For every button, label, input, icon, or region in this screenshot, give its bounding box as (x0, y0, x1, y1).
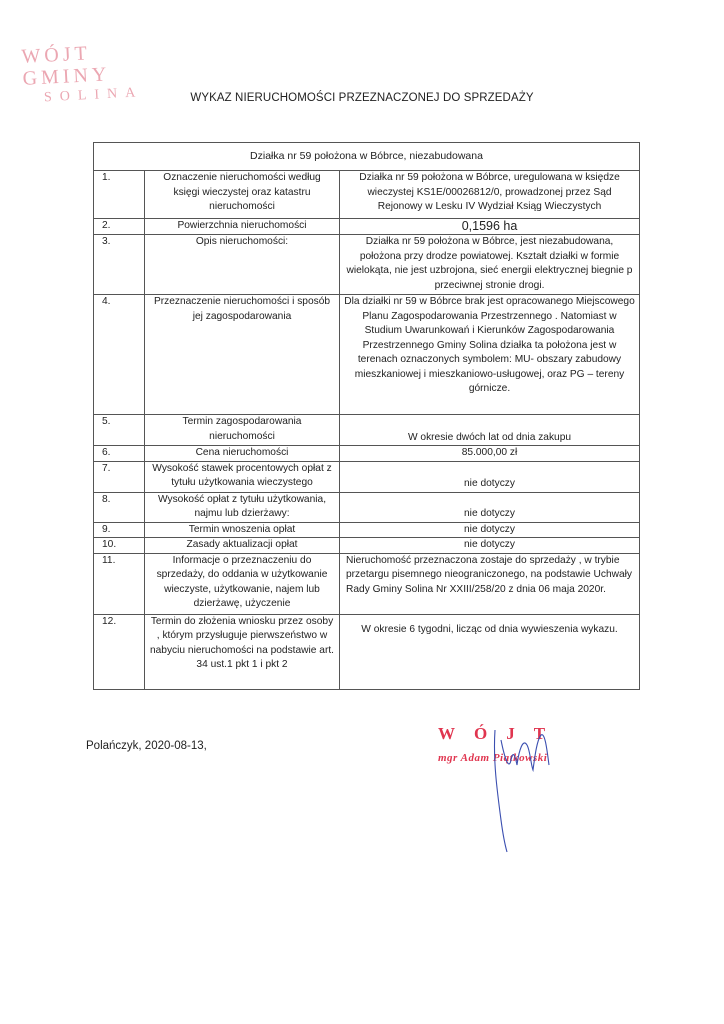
table-header: Działka nr 59 położona w Bóbrce, niezabu… (94, 143, 640, 171)
row-label: Cena nieruchomości (145, 446, 340, 462)
row-value: nie dotyczy (340, 522, 640, 538)
row-number: 5. (94, 415, 145, 446)
row-label: Oznaczenie nieruchomości według księgi w… (145, 171, 340, 219)
row-label: Termin wnoszenia opłat (145, 522, 340, 538)
row-number: 7. (94, 461, 145, 492)
row-number: 9. (94, 522, 145, 538)
row-label: Termin zagospodarowania nieruchomości (145, 415, 340, 446)
table-row: 3. Opis nieruchomości: Działka nr 59 poł… (94, 235, 640, 295)
row-value: W okresie 6 tygodni, licząc od dnia wywi… (340, 614, 640, 689)
row-number: 8. (94, 492, 145, 522)
row-label: Zasady aktualizacji opłat (145, 538, 340, 554)
row-value: 0,1596 ha (340, 219, 640, 235)
row-label: Powierzchnia nieruchomości (145, 219, 340, 235)
table-row: 1. Oznaczenie nieruchomości według księg… (94, 171, 640, 219)
row-number: 12. (94, 614, 145, 689)
table-row: 7. Wysokość stawek procentowych opłat z … (94, 461, 640, 492)
row-value: W okresie dwóch lat od dnia zakupu (340, 415, 640, 446)
row-number: 3. (94, 235, 145, 295)
row-number: 11. (94, 553, 145, 614)
row-label: Opis nieruchomości: (145, 235, 340, 295)
table-row: 9. Termin wnoszenia opłat nie dotyczy (94, 522, 640, 538)
table-row: 11. Informacje o przeznaczeniu do sprzed… (94, 553, 640, 614)
row-value: Nieruchomość przeznaczona zostaje do spr… (340, 553, 640, 614)
table-row: 6. Cena nieruchomości 85.000,00 zł (94, 446, 640, 462)
table-row: 2. Powierzchnia nieruchomości 0,1596 ha (94, 219, 640, 235)
row-label: Informacje o przeznaczeniu do sprzedaży,… (145, 553, 340, 614)
row-number: 4. (94, 295, 145, 415)
row-number: 2. (94, 219, 145, 235)
document-title: WYKAZ NIERUCHOMOŚCI PRZEZNACZONEJ DO SPR… (0, 92, 724, 104)
row-label: Przeznaczenie nieruchomości i sposób jej… (145, 295, 340, 415)
table-row: 5. Termin zagospodarowania nieruchomości… (94, 415, 640, 446)
stamp-line-1: WÓJT GMINY (21, 38, 173, 90)
table-row: 12. Termin do złożenia wniosku przez oso… (94, 614, 640, 689)
row-value: Działka nr 59 położona w Bóbrce, jest ni… (340, 235, 640, 295)
row-value: nie dotyczy (340, 492, 640, 522)
row-label: Wysokość stawek procentowych opłat z tyt… (145, 461, 340, 492)
row-value: nie dotyczy (340, 538, 640, 554)
row-value: nie dotyczy (340, 461, 640, 492)
signature-icon (475, 720, 565, 860)
row-label: Termin do złożenia wniosku przez osoby ,… (145, 614, 340, 689)
row-number: 6. (94, 446, 145, 462)
row-value: Działka nr 59 położona w Bóbrce, uregulo… (340, 171, 640, 219)
place-and-date: Polańczyk, 2020-08-13, (86, 740, 207, 752)
row-value: 85.000,00 zł (340, 446, 640, 462)
row-number: 1. (94, 171, 145, 219)
row-value: Dla działki nr 59 w Bóbrce brak jest opr… (340, 295, 640, 415)
row-label: Wysokość opłat z tytułu użytkowania, naj… (145, 492, 340, 522)
property-table: Działka nr 59 położona w Bóbrce, niezabu… (93, 142, 640, 690)
table-row: 4. Przeznaczenie nieruchomości i sposób … (94, 295, 640, 415)
table-row: 8. Wysokość opłat z tytułu użytkowania, … (94, 492, 640, 522)
row-number: 10. (94, 538, 145, 554)
table-header-row: Działka nr 59 położona w Bóbrce, niezabu… (94, 143, 640, 171)
table-row: 10. Zasady aktualizacji opłat nie dotycz… (94, 538, 640, 554)
